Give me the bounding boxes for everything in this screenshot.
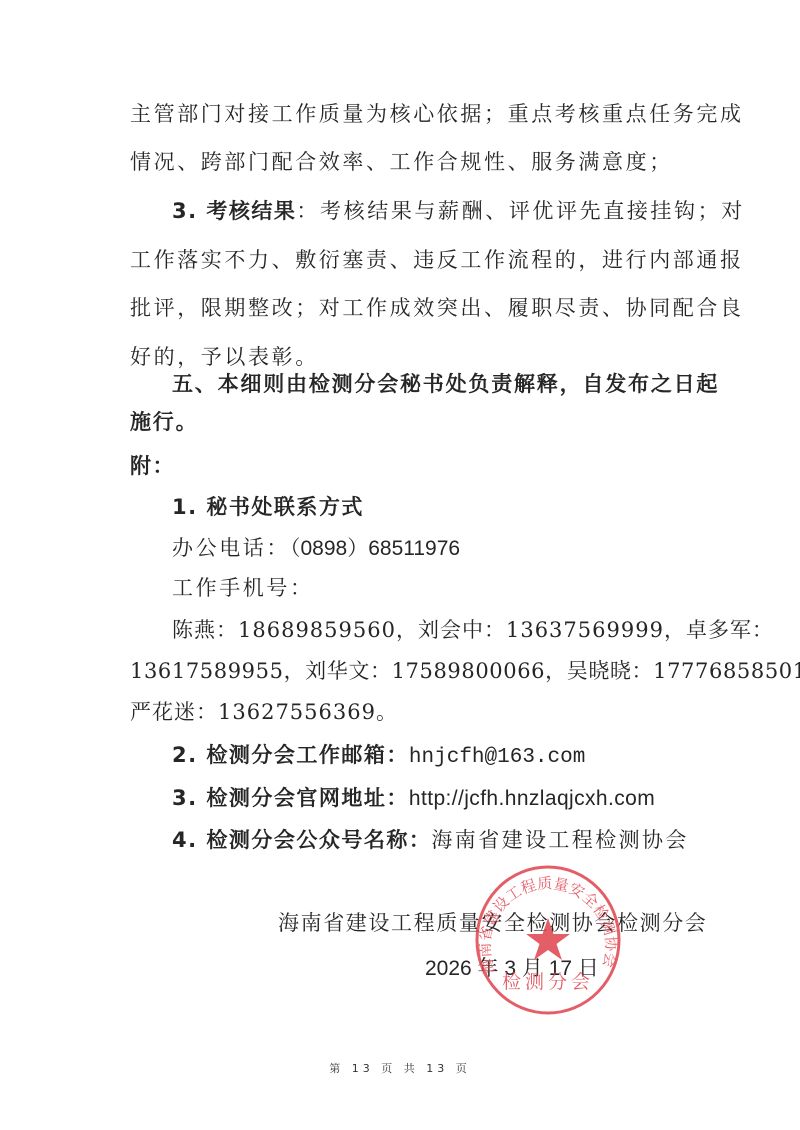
paragraph-line: 情况、跨部门配合效率、工作合规性、服务满意度； (130, 148, 673, 176)
official-seal-icon: 海南省建设工程质量安全检测协会 检测分会 (474, 864, 622, 1016)
contacts-line: 陈燕：18689859560，刘会中：13637569999，卓多军： (172, 616, 774, 644)
separator: ： (296, 199, 320, 223)
paragraph-line: 好的，予以表彰。 (130, 343, 319, 371)
wechat-value: 海南省建设工程检测协会 (431, 828, 688, 852)
section-3-line: 3. 考核结果：考核结果与薪酬、评优评先直接挂钩；对 (172, 197, 745, 225)
office-phone-line: 办公电话：（0898）68511976 (172, 534, 460, 563)
appendix-title: 附： (130, 452, 175, 480)
contacts-line: 13617589955，刘华文：17589800066，吴晓晓：17776858… (130, 657, 800, 685)
email-value[interactable]: hnjcfh@163.com (409, 746, 585, 769)
section-5-line: 施行。 (130, 408, 198, 436)
section-5-line: 五、本细则由检测分会秘书处负责解释，自发布之日起 (172, 370, 719, 398)
paragraph-line: 主管部门对接工作质量为核心依据；重点考核重点任务完成 (130, 100, 744, 128)
wechat-label: 4. 检测分会公众号名称： (172, 828, 431, 852)
office-phone-label: 办公电话： (172, 536, 290, 560)
paragraph-line: 工作落实不力、敷衍塞责、违反工作流程的，进行内部通报 (130, 246, 744, 274)
appendix-item-3: 3. 检测分会官网地址：http://jcfh.hnzlaqjcxh.com (172, 784, 655, 813)
appendix-item-2: 2. 检测分会工作邮箱：hnjcfh@163.com (172, 741, 585, 772)
page-footer: 第 13 页 共 13 页 (0, 1060, 800, 1076)
contacts-line: 严花迷：13627556369。 (130, 698, 398, 726)
section-3-text: 考核结果与薪酬、评优评先直接挂钩；对 (320, 199, 745, 223)
website-label: 3. 检测分会官网地址： (172, 786, 409, 810)
appendix-item-4: 4. 检测分会公众号名称：海南省建设工程检测协会 (172, 826, 689, 854)
paragraph-line: 批评，限期整改；对工作成效突出、履职尽责、协同配合良 (130, 294, 744, 322)
office-phone-value: （0898）68511976 (290, 537, 460, 560)
appendix-item-1-title: 1. 秘书处联系方式 (172, 493, 364, 521)
email-label: 2. 检测分会工作邮箱： (172, 743, 409, 767)
website-link[interactable]: http://jcfh.hnzlaqjcxh.com (409, 787, 655, 810)
document-page: 主管部门对接工作质量为核心依据；重点考核重点任务完成 情况、跨部门配合效率、工作… (0, 0, 800, 1130)
section-3-heading: 3. 考核结果 (172, 199, 296, 223)
mobile-label: 工作手机号： (172, 574, 314, 602)
svg-text:检测分会: 检测分会 (502, 971, 594, 993)
